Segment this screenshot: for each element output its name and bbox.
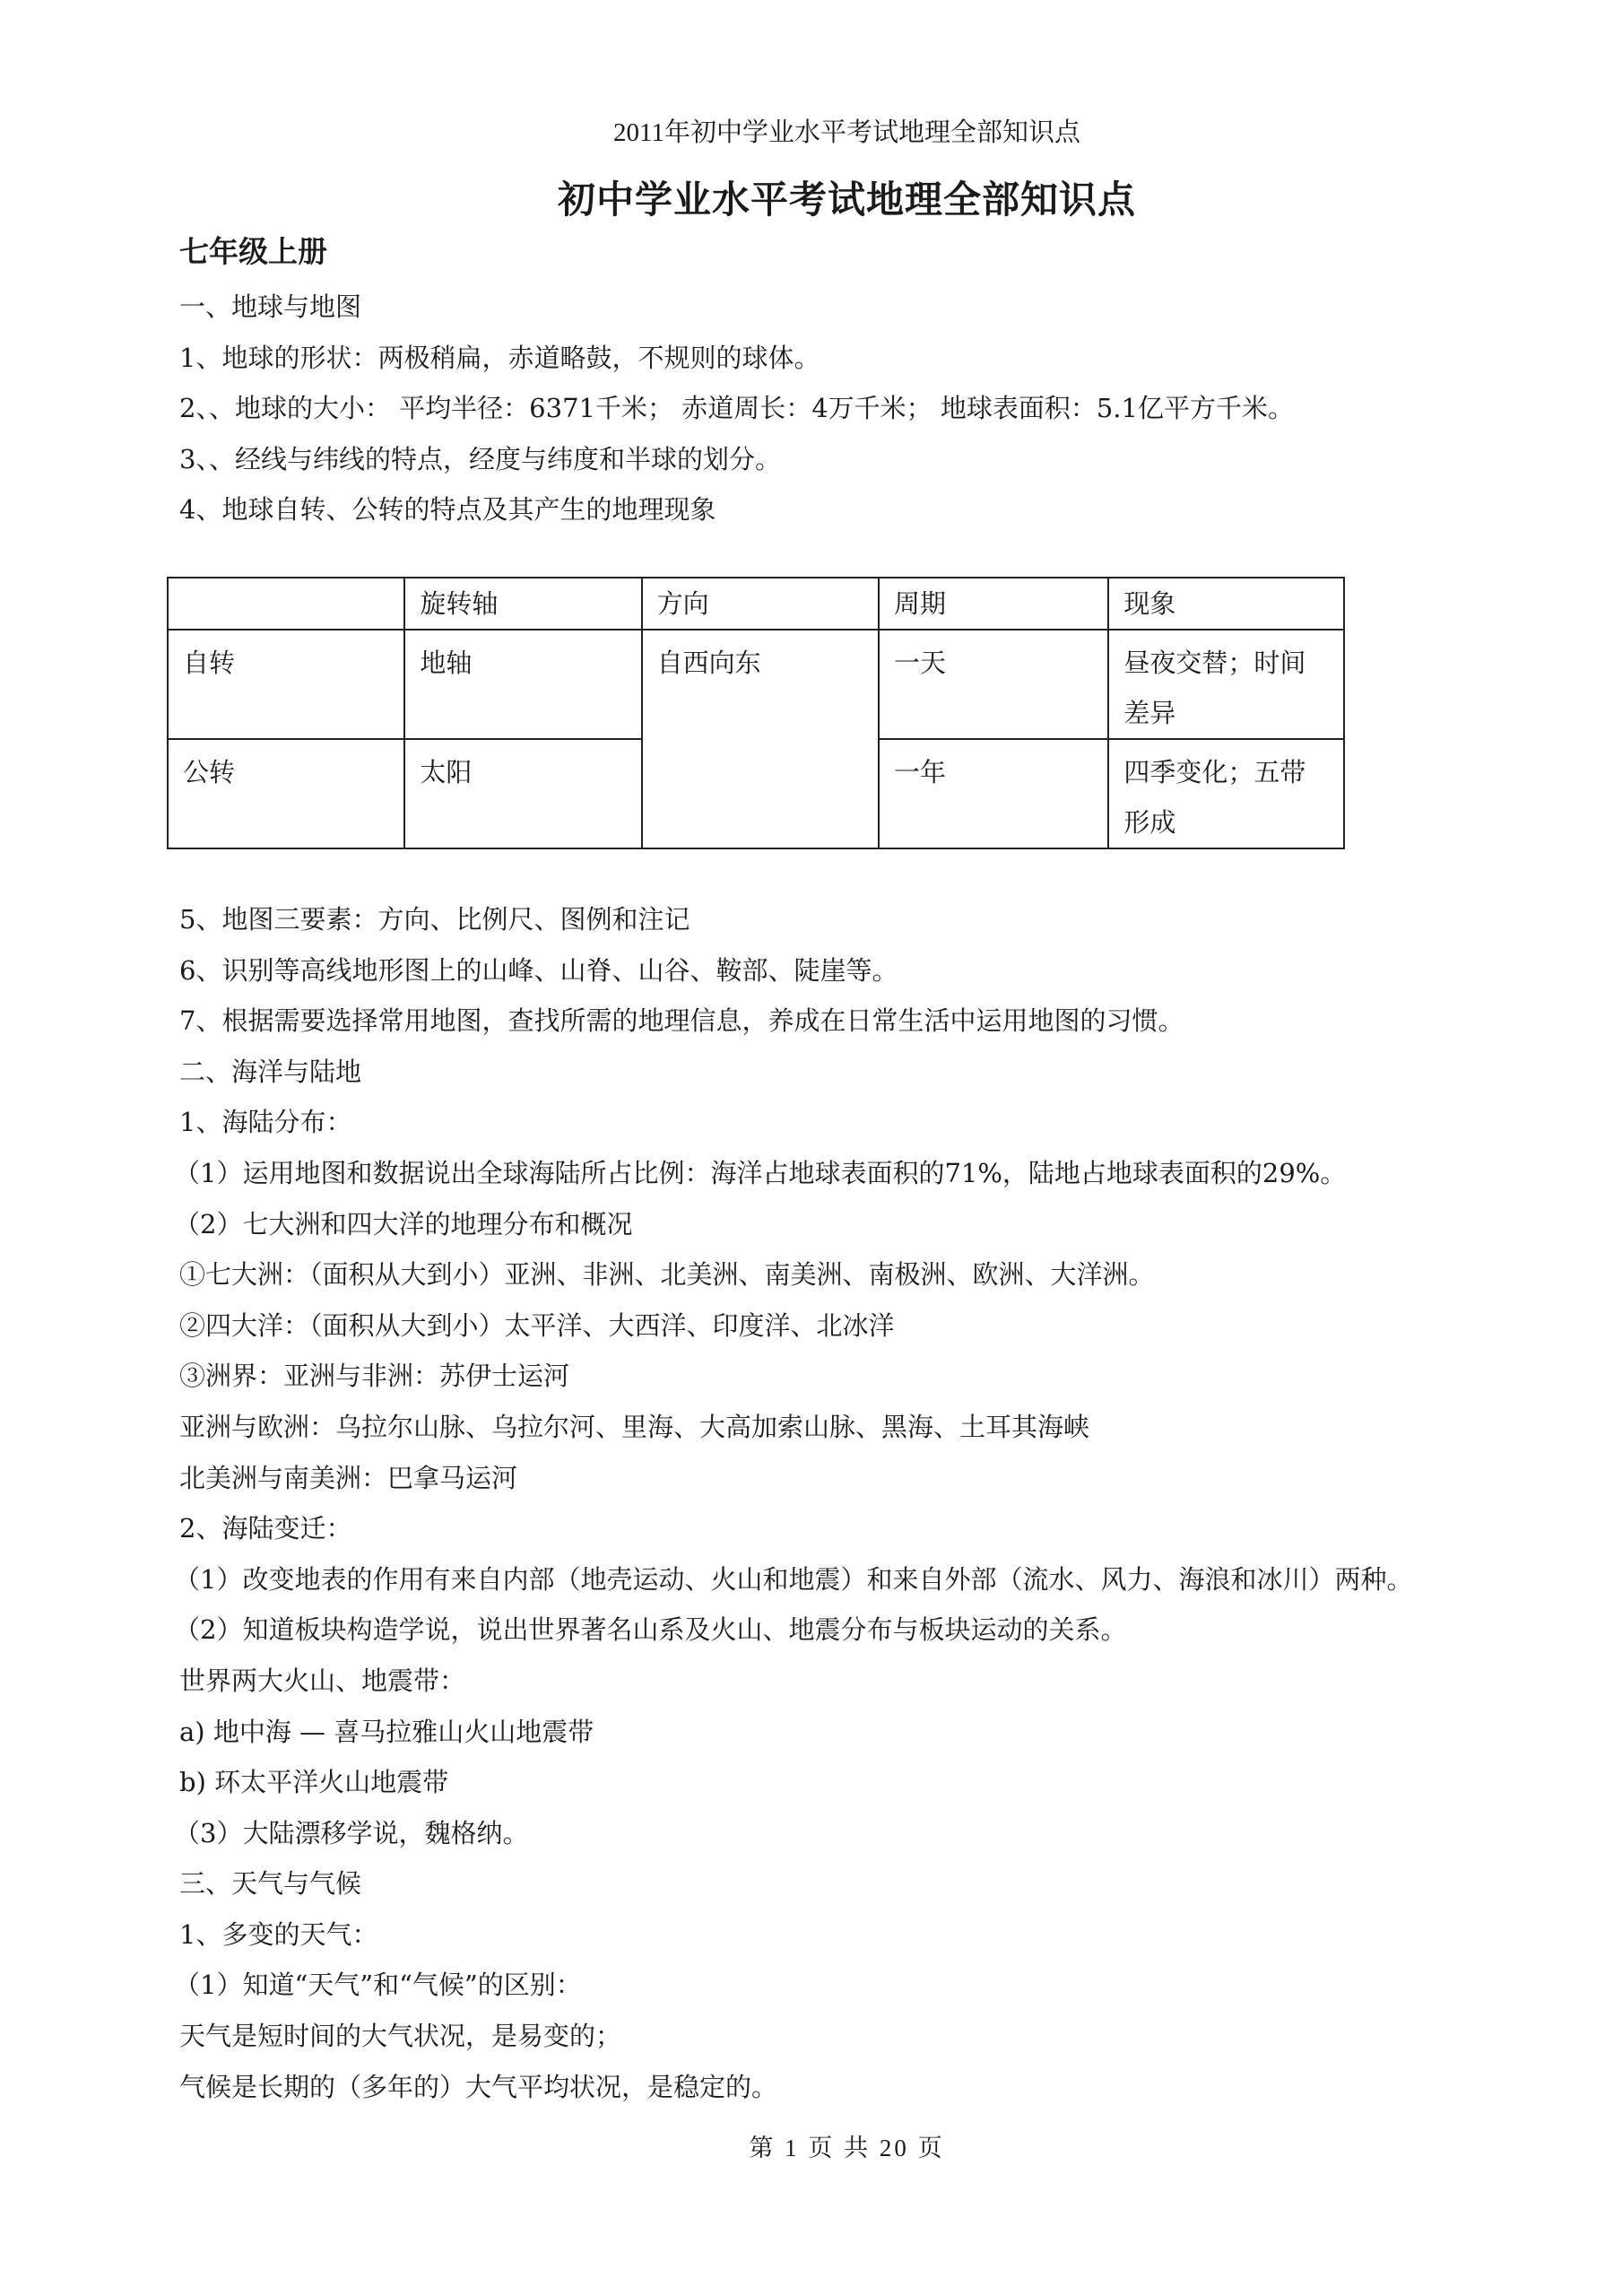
table-header-cell: 旋转轴: [404, 578, 641, 630]
list-item: （1）知道“天气”和“气候”的区别：: [174, 1960, 1578, 2011]
list-item: 4、地球自转、公转的特点及其产生的地理现象: [179, 484, 1578, 535]
table-cell: 一年: [879, 739, 1108, 848]
list-item: （1）运用地图和数据说出全球海陆所占比例：海洋占地球表面积的71%，陆地占地球表…: [174, 1148, 1578, 1199]
section-heading: 三、天气与气候: [179, 1858, 1578, 1909]
list-item: 天气是短时间的大气状况，是易变的；: [179, 2011, 1578, 2062]
table-header-cell: 现象: [1108, 578, 1344, 630]
list-item: 气候是长期的（多年的）大气平均状况，是稳定的。: [179, 2062, 1578, 2113]
list-item: 3、、经线与纬线的特点，经度与纬度和半球的划分。: [179, 434, 1578, 485]
table-cell: 昼夜交替；时间差异: [1108, 630, 1344, 739]
list-item: （1）改变地表的作用有来自内部（地壳运动、火山和地震）和来自外部（流水、风力、海…: [174, 1554, 1578, 1605]
table-cell: 一天: [879, 630, 1108, 739]
section-heading: 二、海洋与陆地: [179, 1047, 1578, 1098]
table-cell: 自转: [168, 630, 404, 739]
list-item: （3）大陆漂移学说，魏格纳。: [174, 1808, 1578, 1859]
table-cell: 公转: [168, 739, 404, 848]
list-item: 6、识别等高线地形图上的山峰、山脊、山谷、鞍部、陡崖等。: [179, 945, 1578, 996]
section-earth-and-maps-continued: 5、地图三要素：方向、比例尺、图例和注记 6、识别等高线地形图上的山峰、山脊、山…: [179, 894, 1578, 2112]
list-item: 1、地球的形状：两极稍扁，赤道略鼓，不规则的球体。: [179, 333, 1578, 384]
list-item: b) 环太平洋火山地震带: [179, 1757, 1578, 1808]
list-item: 7、根据需要选择常用地图，查找所需的地理信息，养成在日常生活中运用地图的习惯。: [179, 996, 1578, 1047]
list-item: 亚洲与欧洲：乌拉尔山脉、乌拉尔河、里海、大高加索山脉、黑海、土耳其海峡: [179, 1402, 1578, 1453]
earth-motion-table: 旋转轴 方向 周期 现象 自转 地轴 自西向东 一天 昼夜交替；时间差异 公转 …: [167, 577, 1345, 849]
list-item: ③洲界：亚洲与非洲：苏伊士运河: [179, 1351, 1578, 1402]
table-header-cell: 方向: [642, 578, 879, 630]
table-row: 自转 地轴 自西向东 一天 昼夜交替；时间差异: [168, 630, 1344, 739]
list-item: （2）知道板块构造学说，说出世界著名山系及火山、地震分布与板块运动的关系。: [174, 1605, 1578, 1656]
list-item: ①七大洲：（面积从大到小）亚洲、非洲、北美洲、南美洲、南极洲、欧洲、大洋洲。: [179, 1249, 1578, 1300]
table-cell: 自西向东: [642, 630, 879, 848]
list-item: 5、地图三要素：方向、比例尺、图例和注记: [179, 894, 1578, 945]
list-item: 北美洲与南美洲：巴拿马运河: [179, 1453, 1578, 1504]
table-cell: 太阳: [404, 739, 641, 848]
page-indicator: 第 1 页 共 20 页: [0, 2132, 1622, 2164]
section-earth-and-maps: 一、地球与地图 1、地球的形状：两极稍扁，赤道略鼓，不规则的球体。 2、、地球的…: [179, 282, 1578, 535]
list-item: ②四大洋：（面积从大到小）太平洋、大西洋、印度洋、北冰洋: [179, 1300, 1578, 1352]
table-header-cell: 周期: [879, 578, 1108, 630]
list-item: （2）七大洲和四大洋的地理分布和概况: [174, 1199, 1578, 1250]
table-header-row: 旋转轴 方向 周期 现象: [168, 578, 1344, 630]
document-title: 初中学业水平考试地理全部知识点: [0, 176, 1622, 224]
table-cell: 四季变化；五带形成: [1108, 739, 1344, 848]
table-header-cell: [168, 578, 404, 630]
list-item: 世界两大火山、地震带：: [179, 1656, 1578, 1707]
list-item: 1、多变的天气：: [179, 1909, 1578, 1961]
list-item: a) 地中海 — 喜马拉雅山火山地震带: [179, 1707, 1578, 1758]
list-item: 1、海陆分布：: [179, 1097, 1578, 1148]
list-item: 2、、地球的大小： 平均半径：6371千米； 赤道周长：4万千米； 地球表面积：…: [179, 383, 1578, 434]
grade-heading: 七年级上册: [179, 231, 327, 273]
table-cell: 地轴: [404, 630, 641, 739]
running-header: 2011年初中学业水平考试地理全部知识点: [0, 115, 1622, 151]
section-heading: 一、地球与地图: [179, 282, 1578, 333]
list-item: 2、海陆变迁：: [179, 1503, 1578, 1554]
